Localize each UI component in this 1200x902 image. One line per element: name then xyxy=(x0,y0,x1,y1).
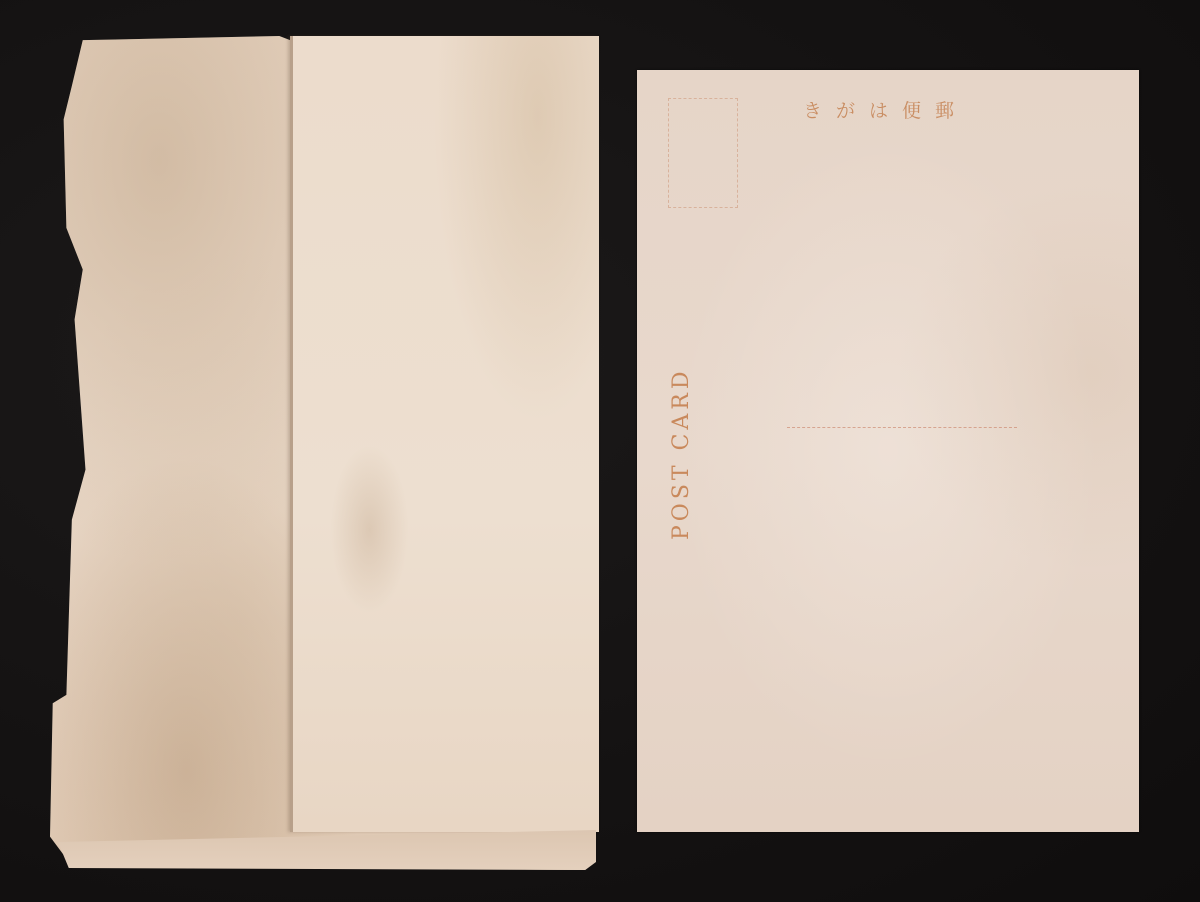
postcard-english-label: POST CARD xyxy=(669,367,694,540)
postcard-japanese-title: きがは便郵 xyxy=(803,96,973,123)
envelope-flap xyxy=(290,36,599,832)
dark-cloth-background: きがは便郵 POST CARD xyxy=(0,0,1200,902)
stamp-box xyxy=(668,98,738,208)
address-divider-line xyxy=(787,427,1017,428)
postcard: きがは便郵 POST CARD xyxy=(637,70,1139,832)
envelope xyxy=(38,36,596,870)
